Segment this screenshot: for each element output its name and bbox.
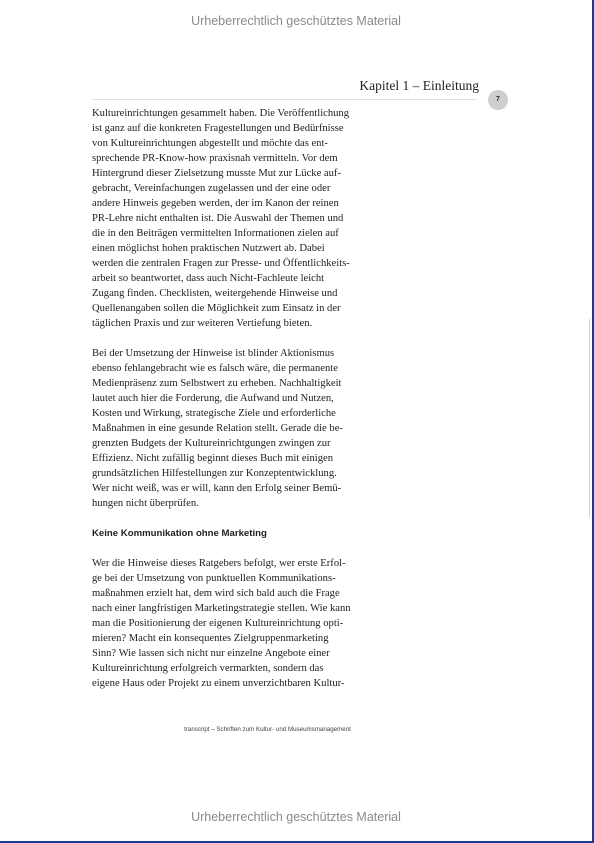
copyright-watermark-top: Urheberrechtlich geschütztes Material (0, 14, 592, 28)
paragraph: Bei der Umsetzung der Hinweise ist blind… (92, 346, 377, 511)
page-body: Kultureinrichtungen gesammelt haben. Die… (92, 106, 377, 691)
page-number-badge: 7 (488, 90, 508, 110)
running-head: Kapitel 1 – Einleitung (359, 78, 479, 94)
paragraph: Wer die Hinweise dieses Ratgebers befolg… (92, 556, 377, 691)
paragraph: Kultureinrichtungen gesammelt haben. Die… (92, 106, 377, 331)
copyright-watermark-bottom: Urheberrechtlich geschütztes Material (0, 810, 592, 824)
section-heading: Keine Kommunikation ohne Marketing (92, 526, 377, 541)
header-divider (92, 99, 477, 100)
series-footer: transcript – Schriften zum Kultur- und M… (0, 726, 535, 733)
scrollbar-track[interactable] (589, 319, 590, 517)
